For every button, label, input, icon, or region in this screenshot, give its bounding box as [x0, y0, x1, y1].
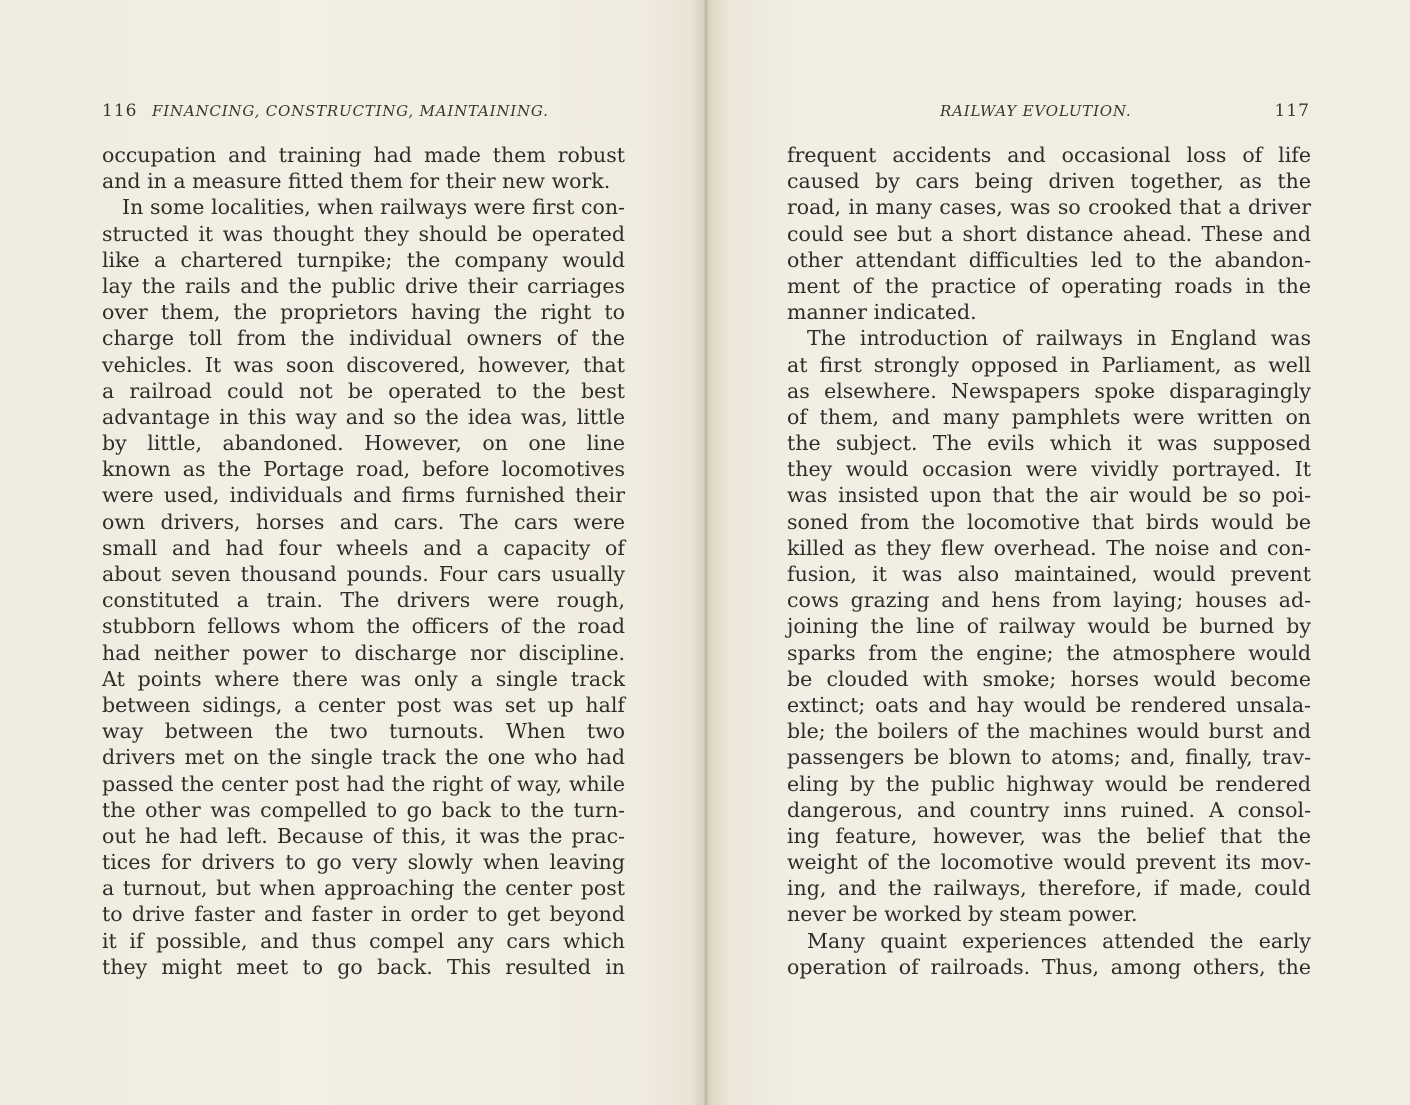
text-line: cows grazing and hens from laying; house… — [787, 587, 1311, 613]
text-line: small and had four wheels and a capacity… — [102, 535, 625, 561]
text-line: extinct; oats and hay would be rendered … — [787, 692, 1311, 718]
text-line: ing, and the railways, therefore, if mad… — [787, 875, 1311, 901]
right-running-title: RAILWAY EVOLUTION. — [940, 99, 1131, 123]
text-line: caused by cars being driven together, as… — [787, 168, 1311, 194]
text-line: it if possible, and thus compel any cars… — [102, 928, 625, 954]
text-line: lay the rails and the public drive their… — [102, 273, 625, 299]
text-line: own drivers, horses and cars. The cars w… — [102, 509, 625, 535]
text-line: were used, individuals and firms furnish… — [102, 482, 625, 508]
text-line: tices for drivers to go very slowly when… — [102, 849, 625, 875]
paragraph-start-line: In some localities, when railways were f… — [102, 194, 625, 220]
text-line: constituted a train. The drivers were ro… — [102, 587, 625, 613]
left-page: 116 FINANCING, CONSTRUCTING, MAINTAINING… — [0, 0, 705, 1105]
text-line: ble; the boilers of the machines would b… — [787, 718, 1311, 744]
text-line: they might meet to go back. This resulte… — [102, 954, 625, 980]
text-line: was insisted upon that the air would be … — [787, 482, 1311, 508]
text-line: the other was compelled to go back to th… — [102, 797, 625, 823]
text-line: frequent accidents and occasional loss o… — [787, 142, 1311, 168]
text-line: between sidings, a center post was set u… — [102, 692, 625, 718]
right-page-number: 117 — [1275, 99, 1310, 123]
text-line: be clouded with smoke; horses would beco… — [787, 666, 1311, 692]
text-line: ing feature, however, was the belief tha… — [787, 823, 1311, 849]
text-line: the subject. The evils which it was supp… — [787, 430, 1311, 456]
text-line: road, in many cases, was so crooked that… — [787, 194, 1311, 220]
left-page-number: 116 — [102, 99, 137, 123]
left-body-text: occupation and training had made them ro… — [102, 142, 625, 980]
text-line: and in a measure fitted them for their n… — [102, 168, 625, 194]
left-running-title: FINANCING, CONSTRUCTING, MAINTAINING. — [152, 99, 549, 123]
text-line: a turnout, but when approaching the cent… — [102, 875, 625, 901]
text-line: stubborn fellows whom the officers of th… — [102, 613, 625, 639]
paragraph-start-line: The introduction of railways in England … — [787, 325, 1311, 351]
right-running-head: RAILWAY EVOLUTION. 117 — [787, 99, 1310, 123]
text-line: weight of the locomotive would prevent i… — [787, 849, 1311, 875]
text-line: could see but a short distance ahead. Th… — [787, 221, 1311, 247]
text-line: out he had left. Because of this, it was… — [102, 823, 625, 849]
left-running-head: 116 FINANCING, CONSTRUCTING, MAINTAINING… — [102, 99, 626, 123]
text-line: eling by the public highway would be ren… — [787, 771, 1311, 797]
text-line: advantage in this way and so the idea wa… — [102, 404, 625, 430]
text-line: fusion, it was also maintained, would pr… — [787, 561, 1311, 587]
text-line: occupation and training had made them ro… — [102, 142, 625, 168]
text-line: joining the line of railway would be bur… — [787, 613, 1311, 639]
text-line: had neither power to discharge nor disci… — [102, 640, 625, 666]
text-line: charge toll from the individual owners o… — [102, 325, 625, 351]
text-line: as elsewhere. Newspapers spoke disparagi… — [787, 378, 1311, 404]
text-line: a railroad could not be operated to the … — [102, 378, 625, 404]
right-page: RAILWAY EVOLUTION. 117 frequent accident… — [707, 0, 1410, 1105]
text-line: killed as they flew overhead. The noise … — [787, 535, 1311, 561]
text-line: structed it was thought they should be o… — [102, 221, 625, 247]
text-line: way between the two turnouts. When two — [102, 718, 625, 744]
text-line: by little, abandoned. However, on one li… — [102, 430, 625, 456]
text-line: passed the center post had the right of … — [102, 771, 625, 797]
text-line: drivers met on the single track the one … — [102, 744, 625, 770]
text-line: other attendant difficulties led to the … — [787, 247, 1311, 273]
text-line: known as the Portage road, before locomo… — [102, 456, 625, 482]
text-line: soned from the locomotive that birds wou… — [787, 509, 1311, 535]
text-line: they would occasion were vividly portray… — [787, 456, 1311, 482]
text-line: dangerous, and country inns ruined. A co… — [787, 797, 1311, 823]
text-line: ment of the practice of operating roads … — [787, 273, 1311, 299]
right-body-text: frequent accidents and occasional loss o… — [787, 142, 1311, 980]
text-line: passengers be blown to atoms; and, final… — [787, 744, 1311, 770]
text-line: never be worked by steam power. — [787, 901, 1311, 927]
text-line: vehicles. It was soon discovered, howeve… — [102, 352, 625, 378]
text-line: manner indicated. — [787, 299, 1311, 325]
text-line: over them, the proprietors having the ri… — [102, 299, 625, 325]
text-line: at first strongly opposed in Parliament,… — [787, 352, 1311, 378]
text-line: to drive faster and faster in order to g… — [102, 901, 625, 927]
text-line: about seven thousand pounds. Four cars u… — [102, 561, 625, 587]
text-line: operation of railroads. Thus, among othe… — [787, 954, 1311, 980]
text-line: sparks from the engine; the atmosphere w… — [787, 640, 1311, 666]
paragraph-start-line: Many quaint experiences attended the ear… — [787, 928, 1311, 954]
text-line: like a chartered turnpike; the company w… — [102, 247, 625, 273]
text-line: At points where there was only a single … — [102, 666, 625, 692]
text-line: of them, and many pamphlets were written… — [787, 404, 1311, 430]
